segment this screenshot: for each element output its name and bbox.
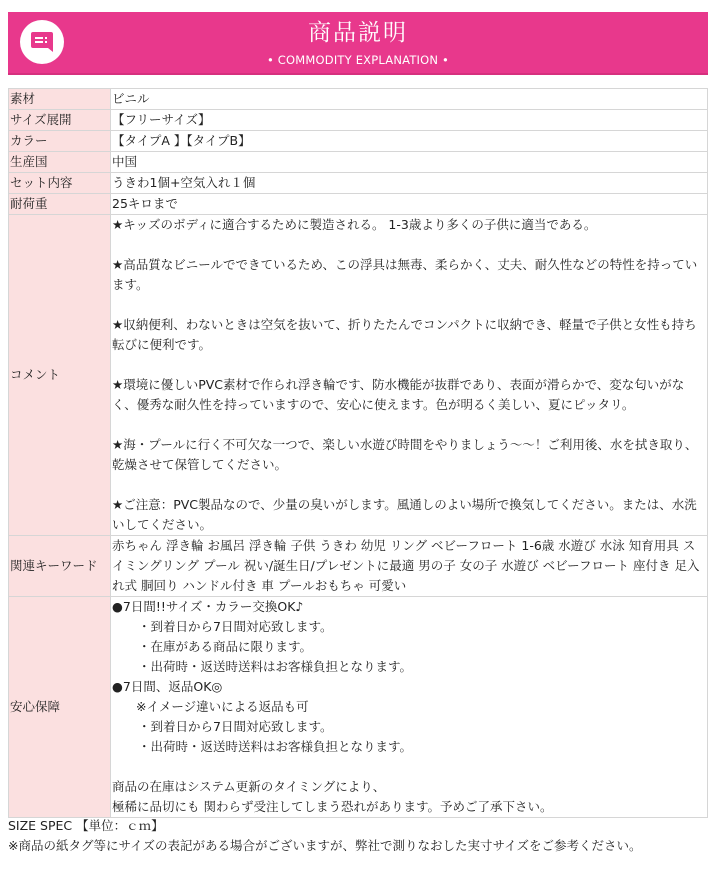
exchange-item: ・在庫がある商品に限ります。 — [112, 637, 707, 657]
row-value: 【タイプA 】【タイプB】 — [111, 131, 708, 152]
row-label: 生産国 — [9, 152, 111, 173]
comment-label: コメント — [9, 215, 111, 536]
stock-notice-line: 極稀に品切にも 関わらず受注してしまう恐れがあります。予めご了承下さい。 — [112, 797, 707, 817]
row-value: ビニル — [111, 89, 708, 110]
keywords-value: 赤ちゃん 浮き輪 お風呂 浮き輪 子供 うきわ 幼児 リング ベビーフロート 1… — [111, 536, 708, 597]
comment-paragraph: ★環境に優しいPVC素材で作られ浮き輪です、防水機能が抜群であり、表面が滑らかで… — [112, 375, 707, 415]
keywords-label: 関連キーワード — [9, 536, 111, 597]
comment-paragraph: ★高品質なビニールでできているため、この浮具は無毒、柔らかく、丈夫、耐久性などの… — [112, 255, 707, 295]
stock-notice-line: 商品の在庫はシステム更新のタイミングにより、 — [112, 777, 707, 797]
return-title: ●7日間、返品OK◎ — [112, 677, 707, 697]
table-row: セット内容 うきわ1個+空気入れ１個 — [9, 173, 708, 194]
exchange-item: ・出荷時・返送時送料はお客様負担となります。 — [112, 657, 707, 677]
size-spec-heading: SIZE SPEC 【単位：ｃｍ】 — [8, 816, 718, 836]
comment-paragraph: ★キッズのボディに適合するために製造される。 1-3歳より多くの子供に適当である… — [112, 215, 707, 235]
guarantee-row: 安心保障 ●7日間!!サイズ・カラー交換OK♪ ・到着日から7日間対応致します。… — [9, 597, 708, 818]
return-note: ※イメージ違いによる返品も可 — [112, 697, 707, 717]
page-subtitle: • COMMODITY EXPLANATION • — [8, 53, 708, 67]
row-label: 耐荷重 — [9, 194, 111, 215]
table-row: 素材 ビニル — [9, 89, 708, 110]
row-value: 25キロまで — [111, 194, 708, 215]
row-label: サイズ展開 — [9, 110, 111, 131]
row-label: カラー — [9, 131, 111, 152]
row-value: うきわ1個+空気入れ１個 — [111, 173, 708, 194]
table-row: 耐荷重 25キロまで — [9, 194, 708, 215]
return-item: ・出荷時・返送時送料はお客様負担となります。 — [112, 737, 707, 757]
table-row: 生産国 中国 — [9, 152, 708, 173]
comment-row: コメント ★キッズのボディに適合するために製造される。 1-3歳より多くの子供に… — [9, 215, 708, 536]
size-spec-section: SIZE SPEC 【単位：ｃｍ】 ※商品の紙タグ等にサイズの表記がある場合がご… — [8, 816, 718, 856]
exchange-title: ●7日間!!サイズ・カラー交換OK♪ — [112, 597, 707, 617]
row-label: 素材 — [9, 89, 111, 110]
row-value: 【フリーサイズ】 — [111, 110, 708, 131]
comment-paragraph: ★ご注意：PVC製品なので、少量の臭いがします。風通しのよい場所で換気してくださ… — [112, 495, 707, 535]
keywords-row: 関連キーワード 赤ちゃん 浮き輪 お風呂 浮き輪 子供 うきわ 幼児 リング ベ… — [9, 536, 708, 597]
comment-value: ★キッズのボディに適合するために製造される。 1-3歳より多くの子供に適当である… — [111, 215, 708, 536]
table-row: サイズ展開 【フリーサイズ】 — [9, 110, 708, 131]
guarantee-label: 安心保障 — [9, 597, 111, 818]
row-label: セット内容 — [9, 173, 111, 194]
size-spec-note: ※商品の紙タグ等にサイズの表記がある場合がございますが、弊社で測りなおした実寸サ… — [8, 836, 718, 856]
page-title: 商品説明 — [8, 19, 708, 47]
section-header: 商品説明 • COMMODITY EXPLANATION • — [8, 12, 708, 75]
comment-paragraph: ★海・プールに行く不可欠な一つで、楽しい水遊び時間をやりましょう～～！ご利用後、… — [112, 435, 707, 475]
row-value: 中国 — [111, 152, 708, 173]
table-row: カラー 【タイプA 】【タイプB】 — [9, 131, 708, 152]
return-item: ・到着日から7日間対応致します。 — [112, 717, 707, 737]
guarantee-value: ●7日間!!サイズ・カラー交換OK♪ ・到着日から7日間対応致します。 ・在庫が… — [111, 597, 708, 818]
spec-table: 素材 ビニル サイズ展開 【フリーサイズ】 カラー 【タイプA 】【タイプB】 … — [8, 88, 708, 818]
exchange-item: ・到着日から7日間対応致します。 — [112, 617, 707, 637]
comment-paragraph: ★収納便利、わないときは空気を抜いて、折りたたんでコンパクトに収納でき、軽量で子… — [112, 315, 707, 355]
